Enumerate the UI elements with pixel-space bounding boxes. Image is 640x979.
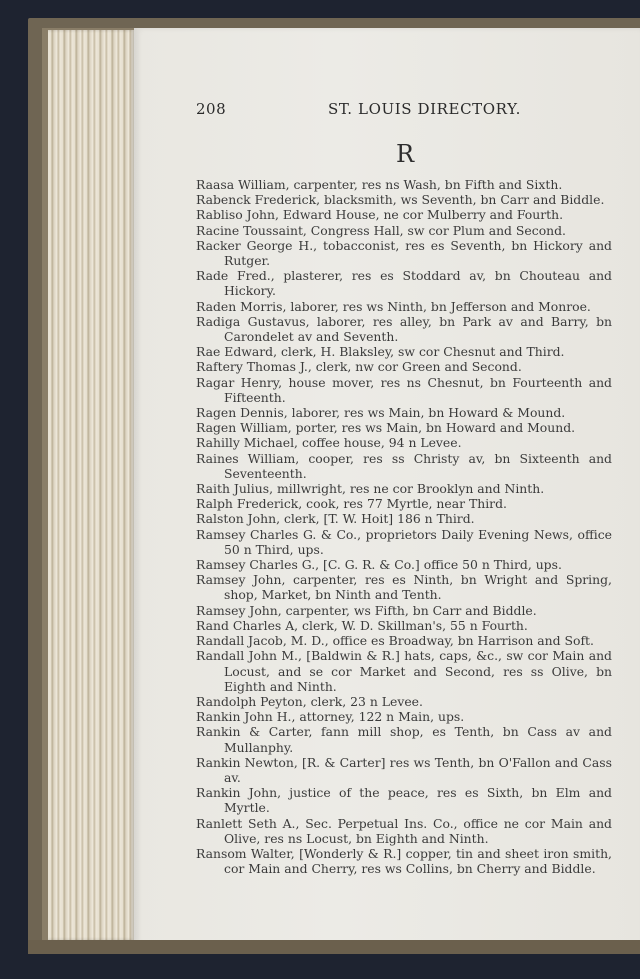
directory-entry: Ransom Walter, [Wonderly & R.] copper, t… xyxy=(196,846,612,876)
directory-entry: Rankin John H., attorney, 122 n Main, up… xyxy=(196,709,612,724)
book-cover-bottom xyxy=(28,940,640,954)
running-title: ST. LOUIS DIRECTORY. xyxy=(328,100,521,118)
directory-entry: Ralston John, clerk, [T. W. Hoit] 186 n … xyxy=(196,511,612,526)
directory-entry: Ranlett Seth A., Sec. Perpetual Ins. Co.… xyxy=(196,816,612,846)
directory-entry: Rade Fred., plasterer, res es Stoddard a… xyxy=(196,268,612,298)
directory-entry: Rahilly Michael, coffee house, 94 n Leve… xyxy=(196,435,612,450)
directory-entry: Rankin John, justice of the peace, res e… xyxy=(196,785,612,815)
directory-entry: Randall John M., [Baldwin & R.] hats, ca… xyxy=(196,648,612,694)
directory-entry: Racine Toussaint, Congress Hall, sw cor … xyxy=(196,223,612,238)
directory-entry: Rankin & Carter, fann mill shop, es Tent… xyxy=(196,724,612,754)
section-letter: R xyxy=(396,140,414,168)
directory-entry: Rae Edward, clerk, H. Blaksley, sw cor C… xyxy=(196,344,612,359)
directory-entry: Ralph Frederick, cook, res 77 Myrtle, ne… xyxy=(196,496,612,511)
directory-entry: Raden Morris, laborer, res ws Ninth, bn … xyxy=(196,299,612,314)
directory-entry: Ragen William, porter, res ws Main, bn H… xyxy=(196,420,612,435)
page-edges xyxy=(48,30,134,940)
directory-entry: Ramsey John, carpenter, ws Fifth, bn Car… xyxy=(196,603,612,618)
directory-entry: Raith Julius, millwright, res ne cor Bro… xyxy=(196,481,612,496)
directory-entry: Ramsey Charles G., [C. G. R. & Co.] offi… xyxy=(196,557,612,572)
directory-entry: Raftery Thomas J., clerk, nw cor Green a… xyxy=(196,359,612,374)
directory-entry: Rabenck Frederick, blacksmith, ws Sevent… xyxy=(196,192,612,207)
directory-entry: Ramsey Charles G. & Co., proprietors Dai… xyxy=(196,527,612,557)
directory-entry: Raasa William, carpenter, res ns Wash, b… xyxy=(196,177,612,192)
directory-entry: Racker George H., tobacconist, res es Se… xyxy=(196,238,612,268)
page-number: 208 xyxy=(196,100,226,118)
directory-entry: Ragar Henry, house mover, res ns Chesnut… xyxy=(196,375,612,405)
directory-entry: Ramsey John, carpenter, res es Ninth, bn… xyxy=(196,572,612,602)
directory-entry: Ragen Dennis, laborer, res ws Main, bn H… xyxy=(196,405,612,420)
directory-entry: Rand Charles A, clerk, W. D. Skillman's,… xyxy=(196,618,612,633)
directory-entry: Raines William, cooper, res ss Christy a… xyxy=(196,451,612,481)
directory-entry: Rankin Newton, [R. & Carter] res ws Tent… xyxy=(196,755,612,785)
directory-entry: Radiga Gustavus, laborer, res alley, bn … xyxy=(196,314,612,344)
directory-entries: Raasa William, carpenter, res ns Wash, b… xyxy=(196,177,612,876)
directory-entry: Randolph Peyton, clerk, 23 n Levee. xyxy=(196,694,612,709)
directory-entry: Rabliso John, Edward House, ne cor Mulbe… xyxy=(196,207,612,222)
directory-entry: Randall Jacob, M. D., office es Broadway… xyxy=(196,633,612,648)
